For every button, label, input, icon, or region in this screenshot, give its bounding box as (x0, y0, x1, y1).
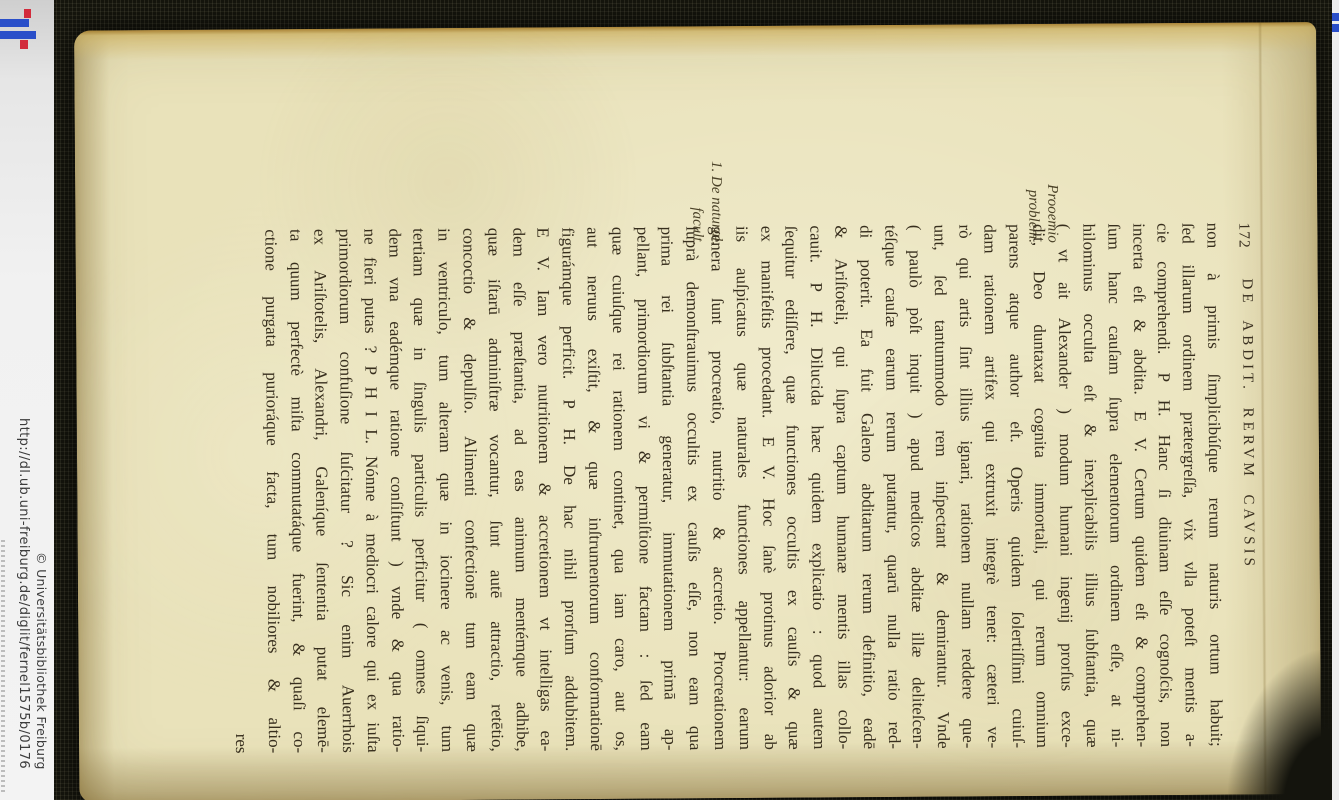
text-line: aut neruus exiſtit, & quæ inſtrumentorum… (580, 227, 608, 751)
text-line: dam rationem artifex qui extruxit integr… (976, 224, 1004, 748)
registration-mark-blue-icon (1332, 24, 1339, 32)
source-url: http://dl.ub.uni-freiburg.de/diglit/fern… (16, 418, 31, 769)
copyright-notice: © Universitätsbibliothek Freiburg (34, 552, 49, 770)
text-line: figurámque perficit. P H. De hac nihil p… (555, 227, 583, 751)
text-line: ſum hanc cauſam ſupra elementorum ordine… (1100, 223, 1128, 747)
registration-mark-red-icon (20, 40, 28, 49)
registration-mark-blue-icon (1332, 13, 1339, 21)
page-corner-shadow (1228, 650, 1339, 800)
text-line: pellant, primordiorum vi & permiſtione f… (629, 227, 657, 751)
text-line: dit, Deo duntaxat cognita immortali, qui… (1026, 224, 1054, 748)
text-line: dem eſſe præſtantia, ad eas animum menté… (505, 227, 533, 751)
text-line: incerta eſt & abdita. E V. Certum quidem… (1125, 223, 1153, 747)
registration-mark-red-icon (24, 9, 31, 18)
text-line: ex Ariſtotelis, Alexandri, Galeníque ſen… (307, 229, 335, 753)
text-line: ( paulò pòſt inquit ) apud medicos abdit… (902, 225, 930, 749)
running-head: DE ABDIT. RERVM CAVSIS (1238, 278, 1257, 570)
text-line: ( vt ait Alexander ) modum humani ingeni… (1051, 224, 1079, 748)
text-line: ctione purgata purioráque facta, tum nob… (257, 229, 285, 753)
text-line: di poterit. Ea fuit Galeno abditarum rer… (852, 225, 880, 749)
right-edge-text-fragment (1, 540, 5, 795)
text-line: primordiorum confuſione ſuſcitatur ? Sic… (332, 229, 360, 753)
registration-mark-blue-icon (0, 31, 36, 39)
text-line: in ventriculo, tum alteram quæ in iocine… (431, 228, 459, 752)
right-edge-strip (1332, 0, 1339, 800)
text-line: ſed illarum ordinem prætergreſſa, vix vl… (1175, 223, 1203, 747)
text-line: rò qui artis ſint illius ignari, ratione… (952, 224, 980, 748)
text-line: ne fieri putas ? P H I L. Nónne à medioc… (357, 229, 385, 753)
book-page: 172 DE ABDIT. RERVM CAVSIS Prooemio prob… (74, 22, 1321, 800)
text-line: iis auſpicatus quæ naturales functiones … (728, 226, 756, 750)
text-line: tertiam quæ in ſingulis particulis perfi… (406, 228, 434, 752)
text-line: ſuprà demonſtrauimus occultis ex cauſis … (679, 226, 707, 750)
page-number: 172 (1234, 222, 1252, 248)
left-margin-strip: http://dl.ub.uni-freiburg.de/diglit/fern… (0, 0, 54, 800)
text-line: ſequitur ediſſere, quæ functiones occult… (778, 226, 806, 750)
text-line: quæ cuiuſque rei rationem continet, qua … (604, 227, 632, 751)
text-line: concoctio & depulſio. Alimenti confectio… (456, 228, 484, 752)
text-line: cie comprehendi. P H. Hanc ſi diuinam eſ… (1150, 223, 1178, 747)
text-line: ex manifeſtis procedant. E V. Hoc ſanè p… (753, 226, 781, 750)
text-line: E V. Iam vero nutritionem & accretionem … (530, 227, 558, 751)
body-text: non à primis ſimplicibúſque rerum naturi… (225, 223, 1228, 754)
text-line: cauit. P H. Dilucida hæc quidem explicat… (803, 225, 831, 749)
text-line: non à primis ſimplicibúſque rerum naturi… (1200, 223, 1228, 747)
text-line: prima rei ſubſtantia generatur, immutati… (654, 226, 682, 750)
text-line: genera ſunt procreatio, nutritio & accre… (704, 226, 732, 750)
text-line: quæ iſtarū adminiſtræ vocantur, ſunt aut… (481, 228, 509, 752)
text-line: hilominus occulta eſt & inexplicabilis i… (1076, 224, 1104, 748)
text-line: ta quum perfectè miſta commutatáque fuer… (282, 229, 310, 753)
text-line: unt, ſed tantummodo rem inſpectant & dem… (927, 225, 955, 749)
text-line: dem vna eadémque ratione conſiſtunt ) vn… (381, 228, 409, 752)
text-line: téſque cauſæ earum rerum putantur, quarū… (877, 225, 905, 749)
text-line: parens atque author eſt. Operis quidem ſ… (1001, 224, 1029, 748)
text-line: & Ariſtoteli, qui ſupra captum humanæ me… (828, 225, 856, 749)
registration-mark-blue-icon (0, 19, 29, 27)
catchword: res (225, 229, 253, 753)
scan-viewport: 172 DE ABDIT. RERVM CAVSIS Prooemio prob… (0, 0, 1339, 800)
